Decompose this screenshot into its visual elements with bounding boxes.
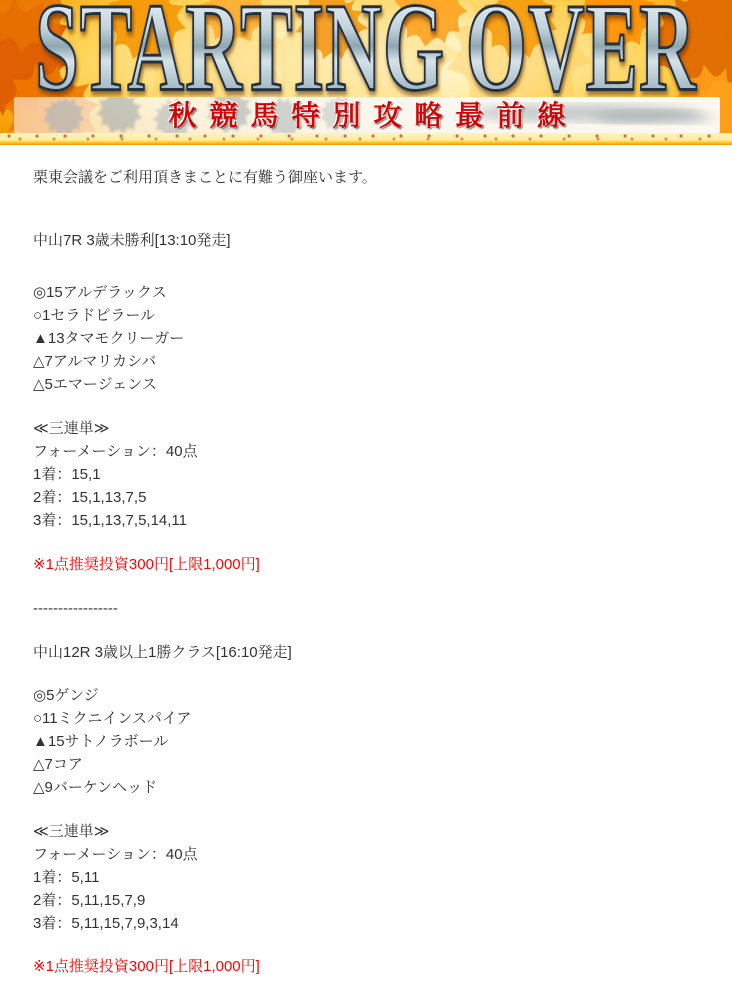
greeting-text: 栗東会議をご利用頂きまことに有難う御座います。 bbox=[33, 166, 702, 189]
race-2-picks: ◎5ゲンジ ○11ミクニインスパイア ▲15サトノラボール △7コア △9バーケ… bbox=[33, 684, 702, 799]
pick-line-tanana: ▲13タマモクリーガー bbox=[33, 327, 702, 350]
race-1-investment-note: ※1点推奨投資300円[上限1,000円] bbox=[33, 553, 702, 576]
pick-line-honmei: ◎15アルデラックス bbox=[33, 281, 702, 304]
race-1-header: 中山7R 3歳未勝利[13:10発走] bbox=[33, 229, 702, 252]
race-1-picks: ◎15アルデラックス ○1セラドピラール ▲13タマモクリーガー △7アルマリカ… bbox=[33, 281, 702, 396]
pick-line-taikou: ○11ミクニインスパイア bbox=[33, 707, 702, 730]
banner-bottom-border bbox=[0, 133, 732, 145]
bet-formation: フォーメーション：40点 bbox=[33, 843, 702, 866]
pick-line-honmei: ◎5ゲンジ bbox=[33, 684, 702, 707]
pick-line-tanana: ▲15サトノラボール bbox=[33, 730, 702, 753]
bet-finish-1: 1着：5,11 bbox=[33, 866, 702, 889]
bet-finish-2: 2着：5,11,15,7,9 bbox=[33, 889, 702, 912]
pick-line-renka-2: △9バーケンヘッド bbox=[33, 776, 702, 799]
bet-finish-1: 1着：15,1 bbox=[33, 463, 702, 486]
bet-type-label: ≪三連単≫ bbox=[33, 820, 702, 843]
race-1-bet-block: ≪三連単≫ フォーメーション：40点 1着：15,1 2着：15,1,13,7,… bbox=[33, 417, 702, 532]
pick-line-renka-2: △5エマージェンス bbox=[33, 373, 702, 396]
race-2-header: 中山12R 3歳以上1勝クラス[16:10発走] bbox=[33, 641, 702, 664]
banner-subtitle: 秋競馬特別攻略最前線 bbox=[14, 94, 720, 134]
bet-finish-3: 3着：5,11,15,7,9,3,14 bbox=[33, 912, 702, 935]
bet-type-label: ≪三連単≫ bbox=[33, 417, 702, 440]
race-2-bet-block: ≪三連単≫ フォーメーション：40点 1着：5,11 2着：5,11,15,7,… bbox=[33, 820, 702, 935]
pick-line-taikou: ○1セラドピラール bbox=[33, 304, 702, 327]
bet-finish-2: 2着：15,1,13,7,5 bbox=[33, 486, 702, 509]
race-2-investment-note: ※1点推奨投資300円[上限1,000円] bbox=[33, 955, 702, 978]
page: STARTING OVER 秋競馬特別攻略最前線 栗東会議をご利用頂きまことに有… bbox=[0, 0, 732, 1000]
site-banner: STARTING OVER 秋競馬特別攻略最前線 bbox=[0, 0, 732, 145]
section-divider: ----------------- bbox=[33, 597, 702, 620]
pick-line-renka-1: △7アルマリカシバ bbox=[33, 350, 702, 373]
bet-finish-3: 3着：15,1,13,7,5,14,11 bbox=[33, 509, 702, 532]
banner-subtitle-band: 秋競馬特別攻略最前線 bbox=[14, 97, 720, 133]
content: 栗東会議をご利用頂きまことに有難う御座います。 中山7R 3歳未勝利[13:10… bbox=[0, 145, 732, 978]
pick-line-renka-1: △7コア bbox=[33, 753, 702, 776]
bet-formation: フォーメーション：40点 bbox=[33, 440, 702, 463]
